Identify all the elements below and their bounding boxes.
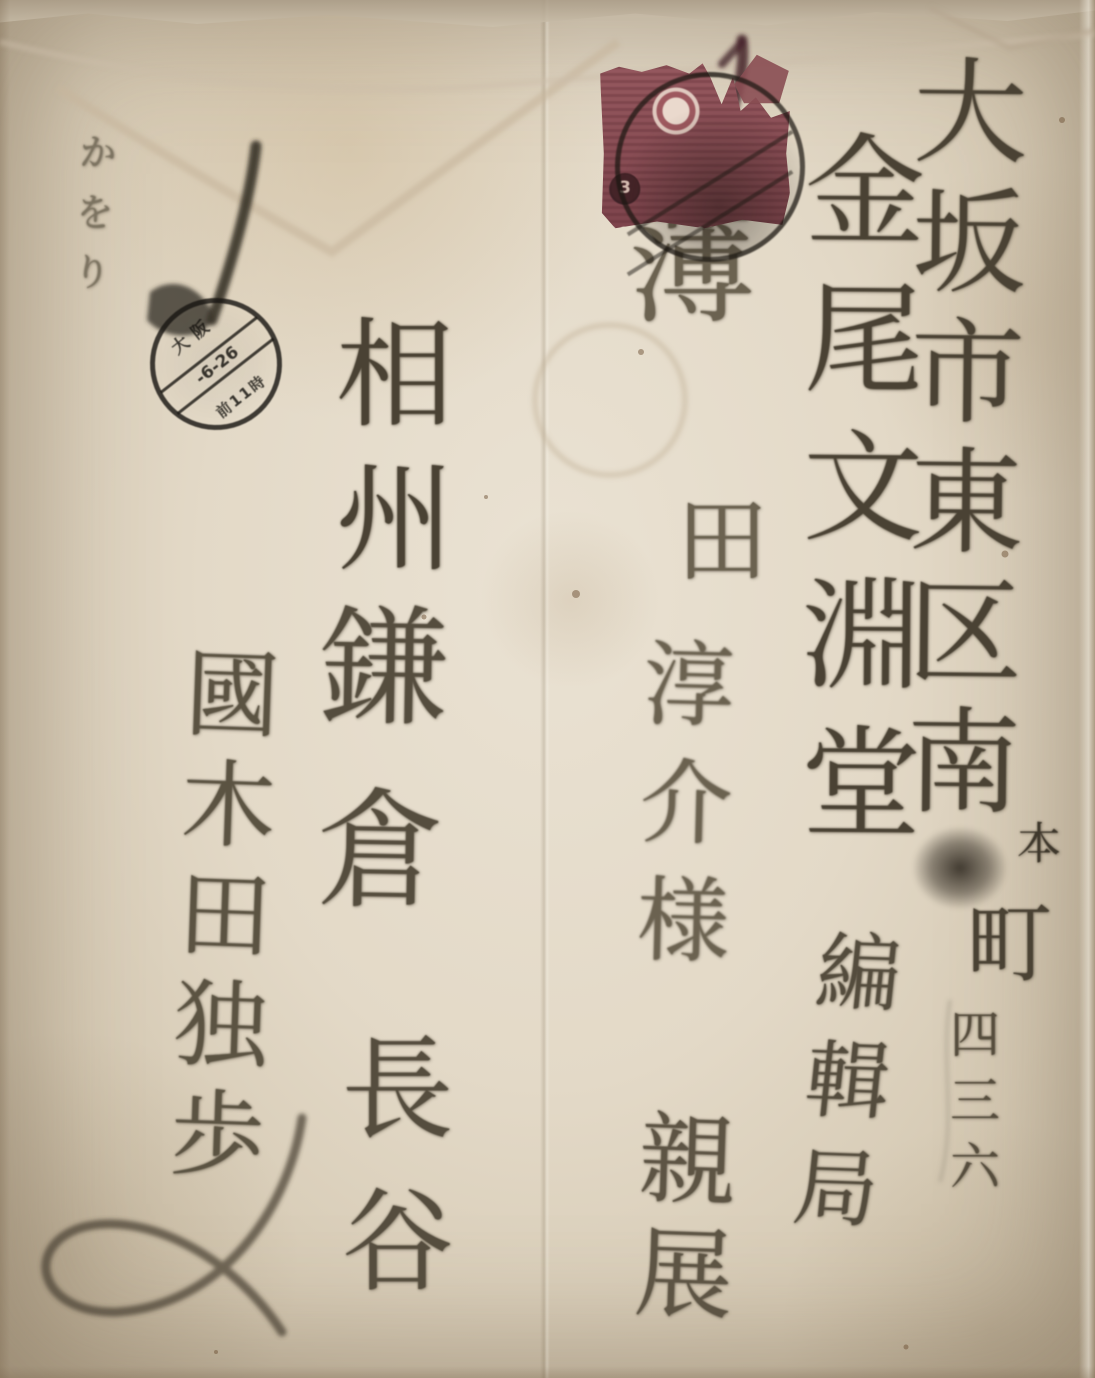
confidential-marking-text: 親展 [624,1106,730,1337]
recipient-town-text: 町 [958,898,1044,984]
right-paper-edge [1079,0,1095,1378]
recipient-surname-second-char: 田 [668,492,760,584]
top-left-annotation-text: かをり [67,131,114,313]
center-fold-line [540,0,550,1378]
recipient-town-insert-text: 本 [1012,820,1056,864]
sender-district-text: 長谷 [332,1030,444,1334]
bottom-paper-edge [0,1366,1095,1378]
sender-province-text: 相州 [326,312,444,600]
recipient-block-number-text: 四三六 [946,1008,996,1206]
left-paper-edge [0,0,10,1378]
recipient-company-text: 金尾文淵堂 [789,128,914,869]
recipient-given-name-text: 淳介様 [627,635,728,991]
sender-name-text: 國木田独歩 [158,644,271,1197]
sender-city-text: 鎌倉 [303,599,437,967]
cancellation-postmark-ring [615,72,805,262]
